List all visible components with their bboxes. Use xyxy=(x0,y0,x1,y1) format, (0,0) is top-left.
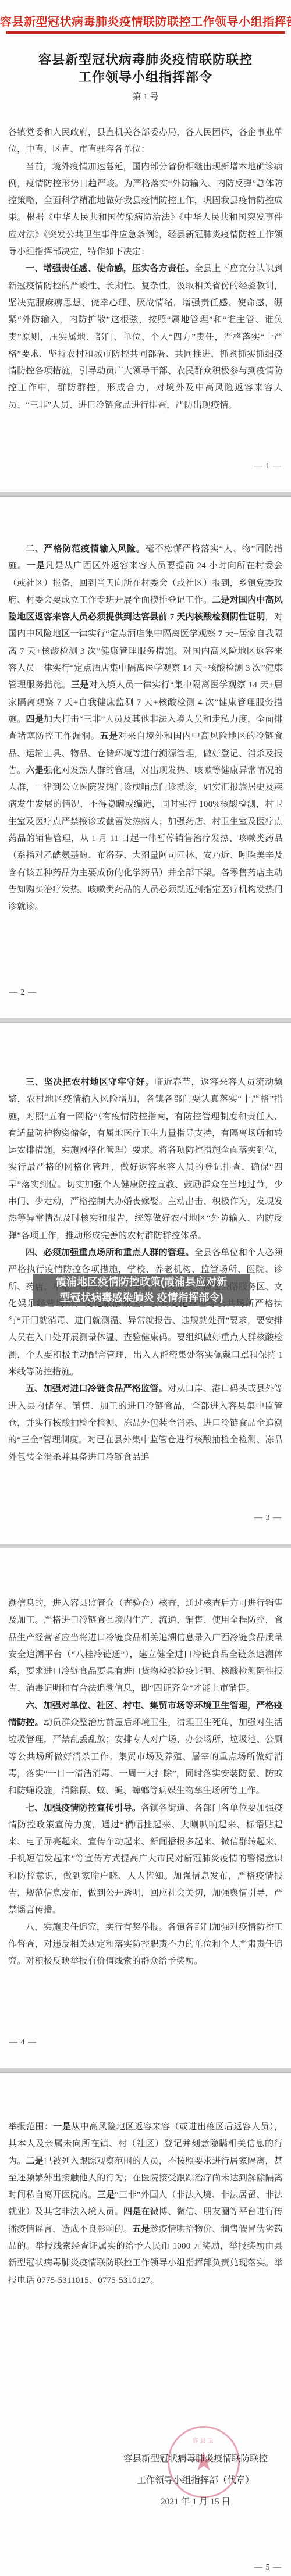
bold-run: 三是 xyxy=(71,680,89,690)
bold-run: 三、坚决把农村地区守牢守好。 xyxy=(26,1078,154,1087)
text-run: 举报范围： xyxy=(8,2122,53,2132)
bold-run: 五、加强对进口冷链食品严格监管。 xyxy=(26,1384,168,1394)
page-number-1: — 1 — xyxy=(254,462,282,471)
page-2-body: 二、严格防范疫情输入风险。毫不松懈严格落实“人、物”同防措施。一是凡是从广西区外… xyxy=(0,541,291,916)
scanned-document-scroll: 容县新型冠状病毒肺炎疫情联防联控工作领导小组指挥部 容县新型冠状病毒肺炎疫情联防… xyxy=(0,0,291,2576)
text-run: 全县各单位和个人必须严格执行疫情防控各项措施，学校、养老机构、监管场所、医院、诊… xyxy=(8,1248,283,1377)
text-run: 各镇各街道、各部门各单位要加强疫情防控政策宣传力度，通过“横幅挂起来、大喇叭响起… xyxy=(8,1804,283,1915)
bold-run: 五是 xyxy=(100,732,119,741)
bold-run: 一是 xyxy=(53,2122,71,2132)
caption-overlay: 霞浦地区疫情防控政策(霞浦县应对新 型冠状病毒感染肺炎 疫情指挥部令) xyxy=(33,1274,250,1306)
document-page-4: 溯信息的，进入容县监管仓（查验仓）核查，通过核查后方可进行销售及加工。严格进口冷… xyxy=(0,1548,291,2068)
page-1-body: 各镇党委和人民政府，县直机关各部委办局，各人民团体，各企事业单位，中直、区直、市… xyxy=(0,124,291,414)
text-run: 强化对发热人群的管理，对出现发热、咳嗽等健康异常情况的人群，一律到公立医院发热门… xyxy=(8,766,283,911)
signature-org-line1: 容县新型冠状病毒肺炎疫情联防联控 xyxy=(108,2448,283,2470)
bold-run: 六是 xyxy=(26,766,43,775)
bold-run: 四是 xyxy=(26,715,44,724)
paragraph: 六、加强对单位、社区、村屯、集贸市场等环境卫生管理，严格疫情防控。动员群众整治房… xyxy=(8,1698,283,1800)
text-run: 临近春节，返容来容人员流动频繁，农村地区疫情输入风险增加，各镇各部门要认真落实“… xyxy=(8,1078,283,1241)
document-page-5: 举报范围：一是从中高风险地区返容来容（或进出疫区后返容人员），其本人及亲属未向所… xyxy=(0,2073,291,2576)
seal-arc-text: 容县卫 xyxy=(169,2436,238,2445)
issue-number: 第 1 号 xyxy=(0,91,291,104)
page-separator xyxy=(0,492,291,497)
bold-run: 二、严格防范疫情输入风险。 xyxy=(26,544,145,554)
caption-overlay-line2: 型冠状病毒感染肺炎 疫情指挥部令) xyxy=(34,1290,249,1306)
document-title: 容县新型冠状病毒肺炎疫情联防联控 工作领导小组指挥部令 xyxy=(0,51,291,86)
page-3-body: 三、坚决把农村地区守牢守好。临近春节，返容来容人员流动频繁，农村地区疫情输入风险… xyxy=(0,1074,291,1466)
text-run: 全县上下应充分认识到新冠疫情防控的严峻性、长期性、复杂性，汲取相关省份的经验教训… xyxy=(8,264,283,409)
paragraph: 溯信息的，进入容县监管仓（查验仓）核查，通过核查后方可进行销售及加工。严格进口冷… xyxy=(8,1595,283,1698)
paragraph: 七、加强疫情防控宣传引导。各镇各街道、各部门各单位要加强疫情防控政策宣传力度，通… xyxy=(8,1800,283,1919)
text-run: ，对国内中风险地区一律实行“定点酒店集中隔离医学观察 7 天+居家自我隔离 7 … xyxy=(8,612,283,690)
bold-run: 四、必须加强重点场所和重点人群的管理。 xyxy=(26,1248,194,1257)
document-title-line1: 容县新型冠状病毒肺炎疫情联防联控 xyxy=(0,51,291,69)
document-title-line2: 工作领导小组指挥部令 xyxy=(0,69,291,86)
text-run: 八、实施责任追究，实行有奖举报。各镇各部门加强对疫情防控工作督查，对违反相关规定… xyxy=(8,1923,283,1966)
bold-run: 七、加强疫情防控宣传引导。 xyxy=(26,1804,141,1813)
document-page-2: 二、严格防范疫情输入风险。毫不松懈严格落实“人、物”同防措施。一是凡是从广西区外… xyxy=(0,497,291,1018)
signature-org-line2: 工作领导小组指挥部（代章） xyxy=(108,2470,283,2491)
page-number-3: — 3 — xyxy=(254,1513,282,1523)
masthead-underline xyxy=(6,31,285,34)
paragraph: 八、实施责任追究，实行有奖举报。各镇各部门加强对疫情防控工作督查，对违反相关规定… xyxy=(8,1919,283,1971)
signature-date: 2021 年 1 月 15 日 xyxy=(108,2491,283,2513)
page-separator xyxy=(0,2068,291,2073)
bold-run: 五是 xyxy=(132,2225,150,2234)
paragraph: 二、严格防范疫情输入风险。毫不松懈严格落实“人、物”同防措施。一是凡是从广西区外… xyxy=(8,541,283,916)
caption-overlay-line1: 霞浦地区疫情防控政策(霞浦县应对新 xyxy=(34,1274,249,1290)
paragraph: 五、加强对进口冷链食品严格监管。对从口岸、港口码头或县外等进入县内储存、销售、加… xyxy=(8,1381,283,1466)
page-number-4: — 4 — xyxy=(9,2038,37,2047)
page-number-2: — 2 — xyxy=(9,988,37,997)
page-separator xyxy=(0,1544,291,1548)
paragraph: 举报范围：一是从中高风险地区返容来容（或进出疫区后返容人员），其本人及亲属未向所… xyxy=(8,2119,283,2289)
paragraph: 当前，境外疫情加速蔓延，国内部分省份相继出现新增本地确诊病例，疫情防控形势日趋严… xyxy=(8,159,283,261)
paragraph: 各镇党委和人民政府，县直机关各部委办局，各人民团体，各企事业单位，中直、区直、市… xyxy=(8,124,283,159)
text-run: 溯信息的，进入容县监管仓（查验仓）核查，通过核查后方可进行销售及加工。严格进口冷… xyxy=(8,1599,283,1693)
bold-run: 一是 xyxy=(27,561,45,571)
text-run: 对从口岸、港口码头或县外等进入县内储存、销售、加工的进口冷链食品，全部进入容县集… xyxy=(8,1384,283,1462)
page-4-body: 溯信息的，进入容县监管仓（查验仓）核查，通过核查后方可进行销售及加工。严格进口冷… xyxy=(0,1595,291,1971)
document-page-1: 容县新型冠状病毒肺炎疫情联防联控工作领导小组指挥部 容县新型冠状病毒肺炎疫情联防… xyxy=(0,0,291,492)
bold-run: 四是 xyxy=(123,2207,141,2217)
text-run: 当前，境外疫情加速蔓延，国内部分省份相继出现新增本地确诊病例，疫情防控形势日趋严… xyxy=(8,162,283,256)
page-number-5: — 5 — xyxy=(254,2563,282,2573)
signature-block: 容县新型冠状病毒肺炎疫情联防联控 工作领导小组指挥部（代章） 2021 年 1 … xyxy=(108,2448,283,2513)
paragraph: 四、必须加强重点场所和重点人群的管理。全县各单位和个人必须严格执行疫情防控各项措… xyxy=(8,1245,283,1381)
bold-run: 一、增强责任感、使命感，压实各方责任。 xyxy=(26,264,194,273)
bold-run: 三是 xyxy=(97,2190,115,2200)
page-5-body: 举报范围：一是从中高风险地区返容来容（或进出疫区后返容人员），其本人及亲属未向所… xyxy=(0,2119,291,2289)
bold-run: 二是 xyxy=(26,2157,43,2166)
paragraph: 一、增强责任感、使命感，压实各方责任。全县上下应充分认识到新冠疫情防控的严峻性、… xyxy=(8,261,283,414)
paragraph: 三、坚决把农村地区守牢守好。临近春节，返容来容人员流动频繁，农村地区疫情输入风险… xyxy=(8,1074,283,1245)
text-run: 各镇党委和人民政府，县直机关各部委办局，各人民团体，各企事业单位，中直、区直、市… xyxy=(8,128,283,154)
red-masthead: 容县新型冠状病毒肺炎疫情联防联控工作领导小组指挥部 xyxy=(0,15,291,30)
page-separator xyxy=(0,1018,291,1023)
text-run: 动员群众整治房前屋后环境卫生，清理卫生死角，加强对生活垃圾管理，严禁乱丢乱放；安… xyxy=(8,1718,283,1795)
